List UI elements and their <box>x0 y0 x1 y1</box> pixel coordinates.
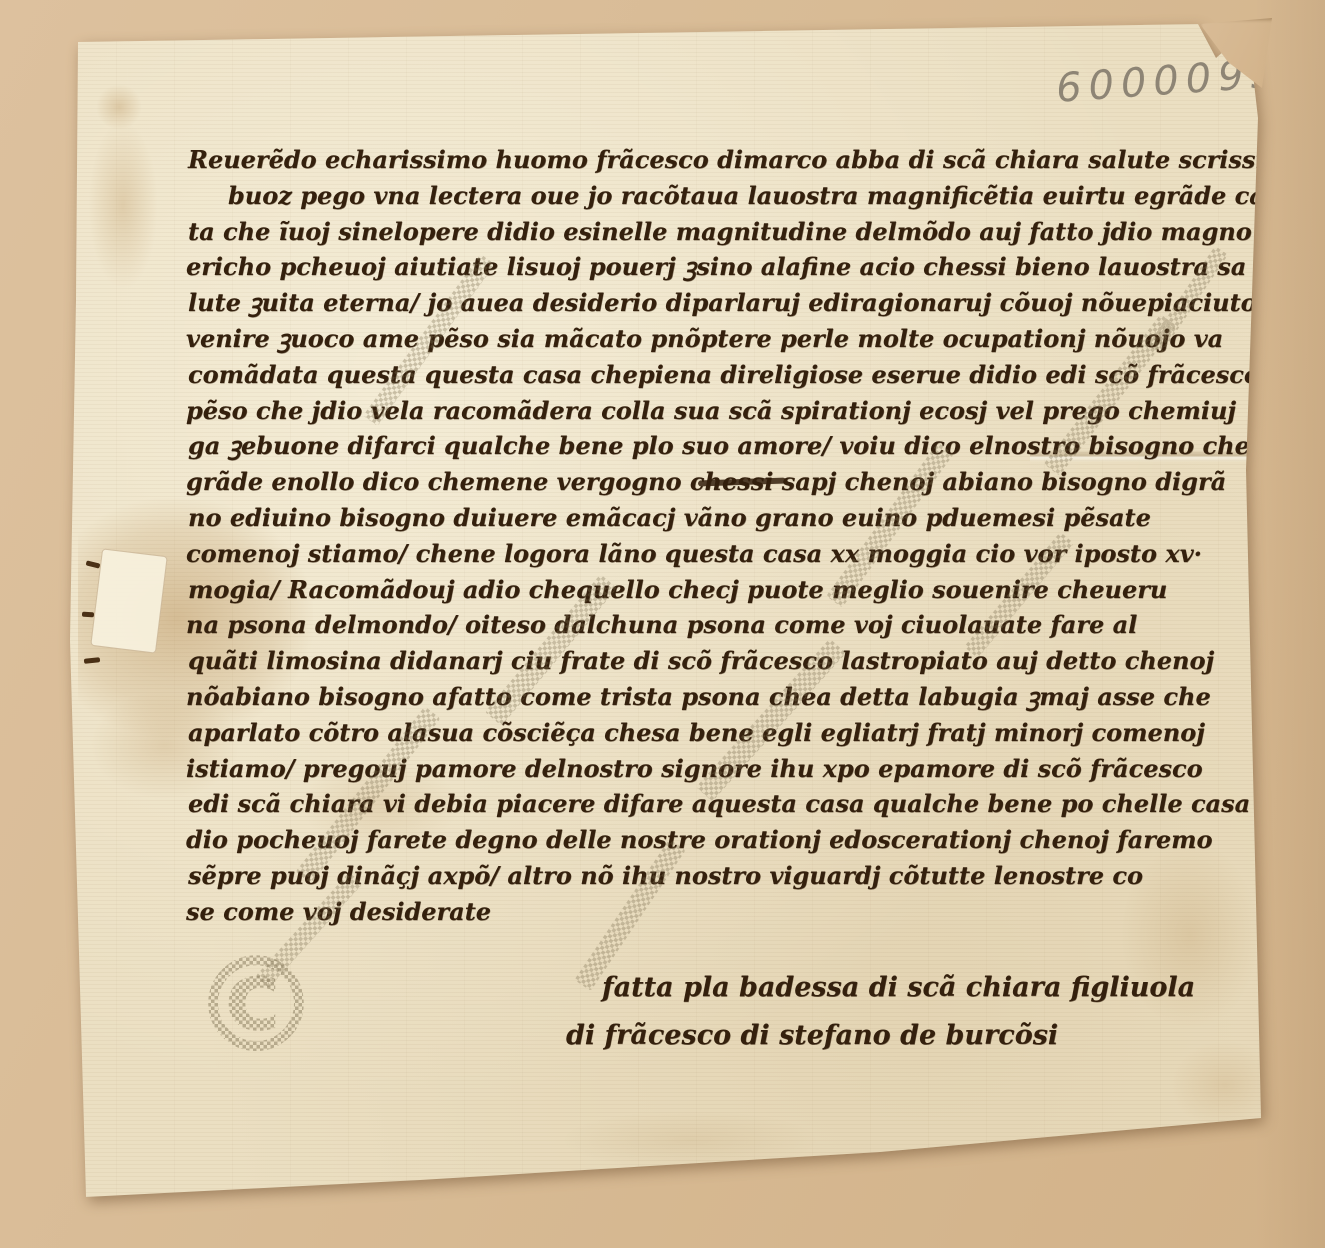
manuscript-line: comãdata questa questa casa chepiena dir… <box>188 357 1325 393</box>
manuscript-line: Reuerẽdo echarissimo huomo frãcesco dima… <box>188 142 1325 178</box>
manuscript-line: ta che ĩuoj sinelopere didio esinelle ma… <box>188 214 1325 250</box>
stitch-mark <box>82 612 94 618</box>
manuscript-line: nõabiano bisogno afatto come trista pson… <box>186 679 1325 715</box>
signature-line-1: fatta pla badessa di scã chiara figliuol… <box>602 972 1195 1003</box>
paper-surface: 6000093 Reuerẽdo echarissimo huomo frãce… <box>0 0 1325 1248</box>
signature-line-2: di frãcesco di stefano de burcõsi <box>566 1020 1058 1051</box>
manuscript-line: ga ꝫebuone difarci qualche bene plo suo … <box>188 428 1325 464</box>
repair-tab <box>90 548 167 653</box>
manuscript-line: pẽso che jdio vela racomãdera colla sua … <box>186 393 1325 429</box>
manuscript-line: na psona delmondo/ oiteso dalchuna psona… <box>186 607 1325 643</box>
stain <box>560 1110 820 1170</box>
manuscript-line: comenoj stiamo/ chene logora lãno questa… <box>186 536 1325 572</box>
manuscript-line: no ediuino bisogno duiuere emãcacj vãno … <box>188 500 1325 536</box>
manuscript-line: istiamo/ pregouj pamore delnostro signor… <box>186 751 1325 787</box>
stitch-mark <box>84 657 100 664</box>
stain <box>96 84 142 130</box>
stitch-mark <box>86 560 101 568</box>
manuscript-sheet: 6000093 Reuerẽdo echarissimo huomo frãce… <box>0 0 1325 1248</box>
manuscript-line: ericho pcheuoj aiutiate lisuoj pouerj ꝫs… <box>186 249 1325 285</box>
stain <box>88 120 158 290</box>
manuscript-line: lute ꝫuita eterna/ jo auea desiderio dip… <box>188 285 1325 321</box>
manuscript-line: mogia/ Racomãdouj adio chequello checj p… <box>188 572 1325 608</box>
manuscript-line: quãti limosina didanarj ciu frate di scõ… <box>188 643 1325 679</box>
stain <box>1170 1040 1280 1130</box>
manuscript-line: dio pocheuoj farete degno delle nostre o… <box>186 822 1325 858</box>
photo-backdrop: 6000093 Reuerẽdo echarissimo huomo frãce… <box>0 0 1325 1248</box>
manuscript-line: se come voj desiderate <box>186 894 1325 930</box>
copyright-watermark-icon: © <box>190 940 322 1072</box>
manuscript-line: buoz pego vna lectera oue jo racõtaua la… <box>228 178 1325 214</box>
